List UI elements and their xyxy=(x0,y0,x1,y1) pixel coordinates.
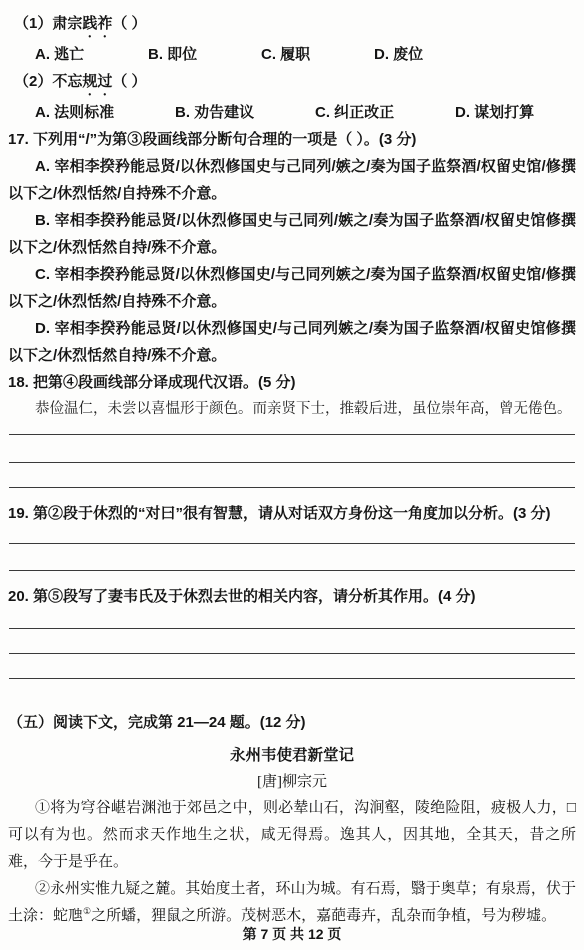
vocab-item-2: （2）不忘规过（ ） xyxy=(8,68,576,99)
answer-line xyxy=(9,610,575,629)
answer-line xyxy=(9,654,575,679)
vocab-item-1-option-c: C. 履职 xyxy=(261,41,374,68)
article-paragraph-2-text-continued: 之所蟠，狸鼠之所游。茂树恶木，嘉葩毒卉，乱杂而争植，号为秽墟。 xyxy=(91,908,556,924)
vocab-item-2-option-c: C. 纠正改正 xyxy=(315,99,455,126)
vocab-item-2-option-b: B. 劝告建议 xyxy=(175,99,315,126)
vocab-item-1-answer-blank: （ ） xyxy=(112,15,146,32)
vocab-item-1-prefix: （1）肃宗 xyxy=(14,15,82,32)
page-footer: 第 7 页 共 12 页 xyxy=(0,924,584,944)
vocab-item-2-answer-blank: （ ） xyxy=(112,73,146,90)
q17-stem: 17. 下列用“/”为第③段画线部分断句合理的一项是（ ）。(3 分) xyxy=(8,126,576,153)
vocab-item-2-emphasized-term: 规过 xyxy=(82,73,112,90)
vocab-item-2-options: A. 法则标准 B. 劝告建议 C. 纠正改正 D. 谋划打算 xyxy=(8,99,576,126)
vocab-item-1-option-a: A. 逃亡 xyxy=(35,41,148,68)
vocab-item-1: （1）肃宗践祚（ ） xyxy=(8,10,576,41)
answer-line xyxy=(9,629,575,654)
answer-line xyxy=(9,463,575,488)
section-5-heading: （五）阅读下文，完成第 21—24 题。(12 分) xyxy=(8,709,576,736)
answer-line xyxy=(9,435,575,463)
answer-line xyxy=(9,527,575,544)
q17-option-a: A. 宰相李揆矜能忌贤/以休烈修国史与己同列/嫉之/奏为国子监祭酒/权留史馆/修… xyxy=(8,153,576,207)
footnote-marker: ① xyxy=(83,906,91,916)
vocab-item-2-option-d: D. 谋划打算 xyxy=(455,99,534,126)
q17-option-d: D. 宰相李揆矜能忌贤/以休烈修国史/与己同列嫉之/奏为国子监祭酒/权留史馆修撰… xyxy=(8,315,576,369)
vocab-item-2-option-a: A. 法则标准 xyxy=(35,99,175,126)
article-title: 永州韦使君新堂记 xyxy=(8,742,576,769)
q18-stem: 18. 把第④段画线部分译成现代汉语。(5 分) xyxy=(8,369,576,396)
article-author: [唐]柳宗元 xyxy=(8,769,576,795)
vocab-item-1-options: A. 逃亡 B. 即位 C. 履职 D. 废位 xyxy=(8,41,576,68)
q17-option-c: C. 宰相李揆矜能忌贤/以休烈修国史/与己同列嫉之/奏为国子监祭酒/权留史馆/修… xyxy=(8,261,576,315)
answer-line xyxy=(9,544,575,571)
article-paragraph-2: ②永州实惟九疑之麓。其始度土者，环山为城。有石焉，翳于奥草；有泉焉，伏于土涂：蛇… xyxy=(8,876,576,930)
vocab-item-1-emphasized-term: 践祚 xyxy=(82,15,112,32)
q19-stem: 19. 第②段于休烈的“对曰”很有智慧，请从对话双方身份这一角度加以分析。(3 … xyxy=(8,500,576,527)
q17-option-b: B. 宰相李揆矜能忌贤/以休烈修国史与己同列/嫉之/奏为国子监祭酒/权留史馆修撰… xyxy=(8,207,576,261)
q20-stem: 20. 第⑤段写了妻韦氏及于休烈去世的相关内容，请分析其作用。(4 分) xyxy=(8,583,576,610)
vocab-item-2-prefix: （2）不忘 xyxy=(14,73,82,90)
article-paragraph-1: ①将为穹谷嵁岩渊池于郊邑之中，则必辇山石，沟涧壑，陵绝险阻，疲极人力，□可以有为… xyxy=(8,795,576,876)
answer-line xyxy=(9,422,575,435)
vocab-item-1-option-d: D. 废位 xyxy=(374,41,423,68)
q18-quoted-passage: 恭俭温仁，未尝以喜愠形于颜色。而亲贤下士，推毂后进，虽位崇年高，曾无倦色。 xyxy=(8,396,576,422)
exam-page: （1）肃宗践祚（ ） A. 逃亡 B. 即位 C. 履职 D. 废位 （2）不忘… xyxy=(0,0,584,950)
vocab-item-1-option-b: B. 即位 xyxy=(148,41,261,68)
